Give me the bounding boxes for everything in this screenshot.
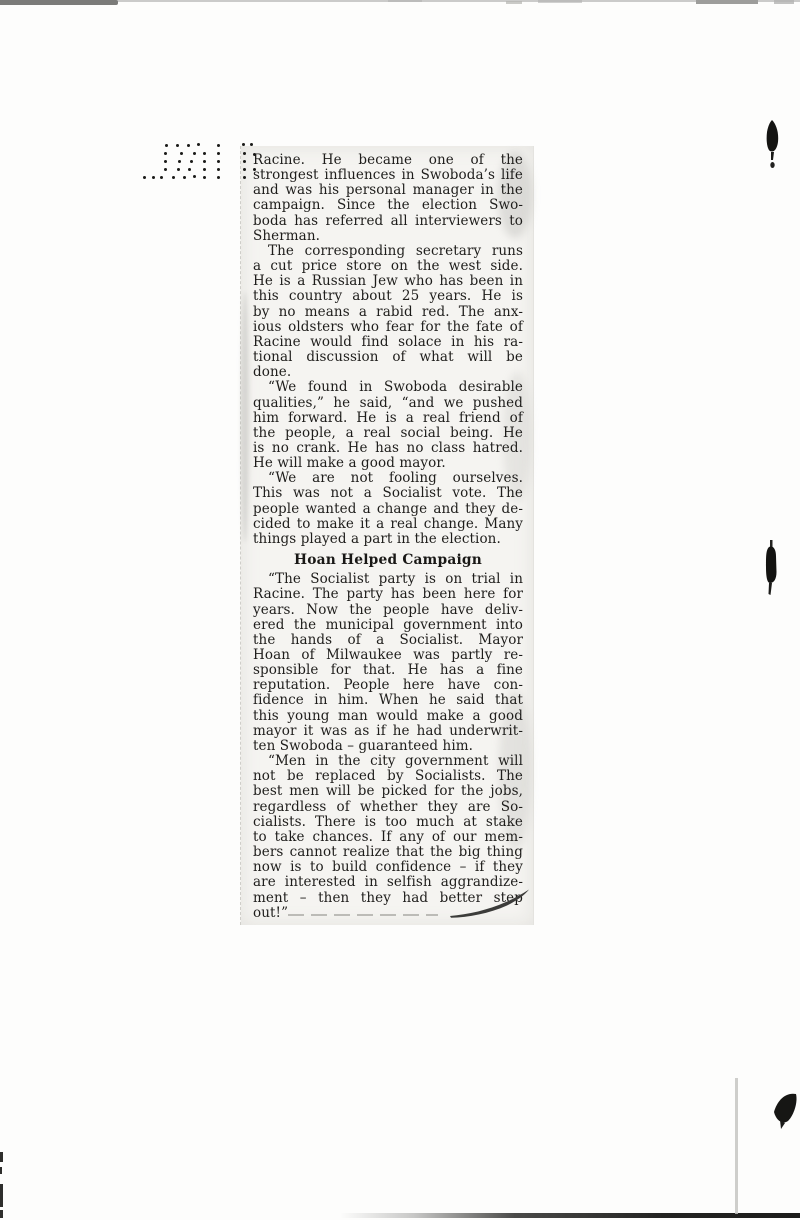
text-line: “We found in Swoboda desirable (253, 380, 523, 395)
text-line: years. Now the people have deliv- (253, 603, 523, 618)
perforation-dot (178, 160, 181, 163)
scan-left-edge-mark (0, 1167, 2, 1174)
text-line: him forward. He is a real friend of (253, 411, 523, 426)
scan-edge-tick (696, 0, 758, 4)
text-line: sponsible for that. He has a fine (253, 663, 523, 678)
perforation-dot (243, 152, 246, 155)
perforation-dot (172, 176, 175, 179)
text-line: best men will be picked for the jobs, (253, 784, 523, 799)
perforation-dot (217, 152, 220, 155)
scan-left-edge-mark (0, 1152, 3, 1162)
text-line: cided to make it a real change. Many (253, 517, 523, 532)
text-line: “We are not fooling ourselves. (253, 471, 523, 486)
text-line: a cut price store on the west side. (253, 259, 523, 274)
perforation-dot (250, 143, 253, 146)
text-line: cialists. There is too much at stake (253, 815, 523, 830)
text-line: ten Swoboda – guaranteed him. (253, 739, 523, 754)
text-line: by no means a rabid red. The anx- (253, 305, 523, 320)
perforation-dot (193, 175, 196, 178)
perforation-dot (203, 152, 206, 155)
ink-blob-bottom (772, 1090, 798, 1132)
scan-edge-tick (774, 0, 794, 4)
perforation-dot (197, 143, 200, 146)
text-line: the hands of a Socialist. Mayor (253, 633, 523, 648)
paragraph: Racine. He became one of thestrongest in… (253, 153, 523, 244)
article-column: Racine. He became one of thestrongest in… (253, 153, 523, 921)
perforation-dot (177, 168, 180, 171)
perforation-dot (183, 176, 186, 179)
perforation-dot (190, 160, 193, 163)
text-line: Racine would find solace in his ra- (253, 335, 523, 350)
text-line: fidence in him. When he said that (253, 693, 523, 708)
text-line: and was his personal manager in the (253, 183, 523, 198)
scan-bottom-edge-line (340, 1213, 800, 1218)
text-line: reputation. People here have con- (253, 678, 523, 693)
text-line: Hoan of Milwaukee was partly re- (253, 648, 523, 663)
pen-swoosh-mark (450, 889, 532, 919)
perforation-dot (243, 168, 246, 171)
ink-blob-top (762, 118, 784, 170)
text-line: “Men in the city government will (253, 754, 523, 769)
text-line: He will make a good mayor. (253, 456, 523, 471)
perforation-dot (217, 160, 220, 163)
perforation-dot (165, 144, 168, 147)
text-line: the people, a real social being. He (253, 426, 523, 441)
text-line: The corresponding secretary runs (253, 244, 523, 259)
perforation-dot (242, 143, 245, 146)
text-line: strongest influences in Swoboda’s life (253, 168, 523, 183)
text-line: ered the municipal government into (253, 618, 523, 633)
section-heading: Hoan Helped Campaign (253, 553, 523, 568)
text-line: He is a Russian Jew who has been in (253, 274, 523, 289)
perforation-dot (164, 152, 167, 155)
paragraph: The corresponding secretary runsa cut pr… (253, 244, 523, 380)
text-line: tional discussion of what will be (253, 350, 523, 365)
text-line: qualities,” he said, “and we pushed (253, 396, 523, 411)
text-line: now is to build confidence – if they (253, 860, 523, 875)
scan-edge-tick (506, 1, 522, 4)
perforation-dot (203, 168, 206, 171)
scanned-page: Racine. He became one of thestrongest in… (0, 0, 800, 1220)
text-line: Racine. The party has been here for (253, 587, 523, 602)
text-line: done. (253, 365, 523, 380)
scan-vertical-line (735, 1078, 738, 1214)
text-line: bers cannot realize that the big thing (253, 845, 523, 860)
text-line: ious oldsters who fear for the fate of (253, 320, 523, 335)
scan-left-edge-mark (0, 1210, 3, 1218)
scan-edge-tick (388, 0, 422, 2)
scan-edge-tick (538, 0, 582, 3)
text-line: regardless of whether they are So- (253, 800, 523, 815)
perforation-dot (143, 176, 146, 179)
perforation-dot (243, 176, 246, 179)
scan-top-dark-segment (0, 0, 118, 5)
ink-blob-middle (760, 540, 782, 604)
perforation-dot (253, 168, 256, 171)
perforation-dot (176, 144, 179, 147)
perforation-dot (188, 168, 191, 171)
perforation-dot (253, 153, 256, 156)
paragraph: “We found in Swoboda desirablequalities,… (253, 380, 523, 471)
perforation-dot (187, 144, 190, 147)
text-line: mayor it was as if he had underwrit- (253, 724, 523, 739)
perforation-dot (217, 168, 220, 171)
perforation-dot (243, 160, 246, 163)
text-line: This was not a Socialist vote. The (253, 486, 523, 501)
text-line: this country about 25 years. He is (253, 289, 523, 304)
clipping-bottom-edge-line (288, 914, 438, 916)
perforation-dot (193, 152, 196, 155)
text-line: this young man would make a good (253, 709, 523, 724)
text-line: Racine. He became one of the (253, 153, 523, 168)
text-line: things played a part in the election. (253, 532, 523, 547)
perforation-dot (152, 176, 155, 179)
perforation-dot (180, 152, 183, 155)
text-line: “The Socialist party is on trial in (253, 572, 523, 587)
perforation-dot (164, 160, 167, 163)
text-line: boda has referred all interviewers to (253, 214, 523, 229)
paragraph: “The Socialist party is on trial inRacin… (253, 572, 523, 754)
perforation-dot (164, 168, 167, 171)
text-line: Sherman. (253, 229, 523, 244)
perforation-dot (160, 176, 163, 179)
text-line: to take chances. If any of our mem- (253, 830, 523, 845)
perforation-dot (203, 176, 206, 179)
scan-left-edge-mark (0, 1184, 3, 1207)
perforation-dot (217, 144, 220, 147)
text-line: campaign. Since the election Swo- (253, 198, 523, 213)
text-line: people wanted a change and they de- (253, 502, 523, 517)
paragraph: “We are not fooling ourselves.This was n… (253, 471, 523, 547)
perforation-dot (217, 176, 220, 179)
text-line: not be replaced by Socialists. The (253, 769, 523, 784)
text-line: is no crank. He has no class hatred. (253, 441, 523, 456)
perforation-dot (203, 160, 206, 163)
